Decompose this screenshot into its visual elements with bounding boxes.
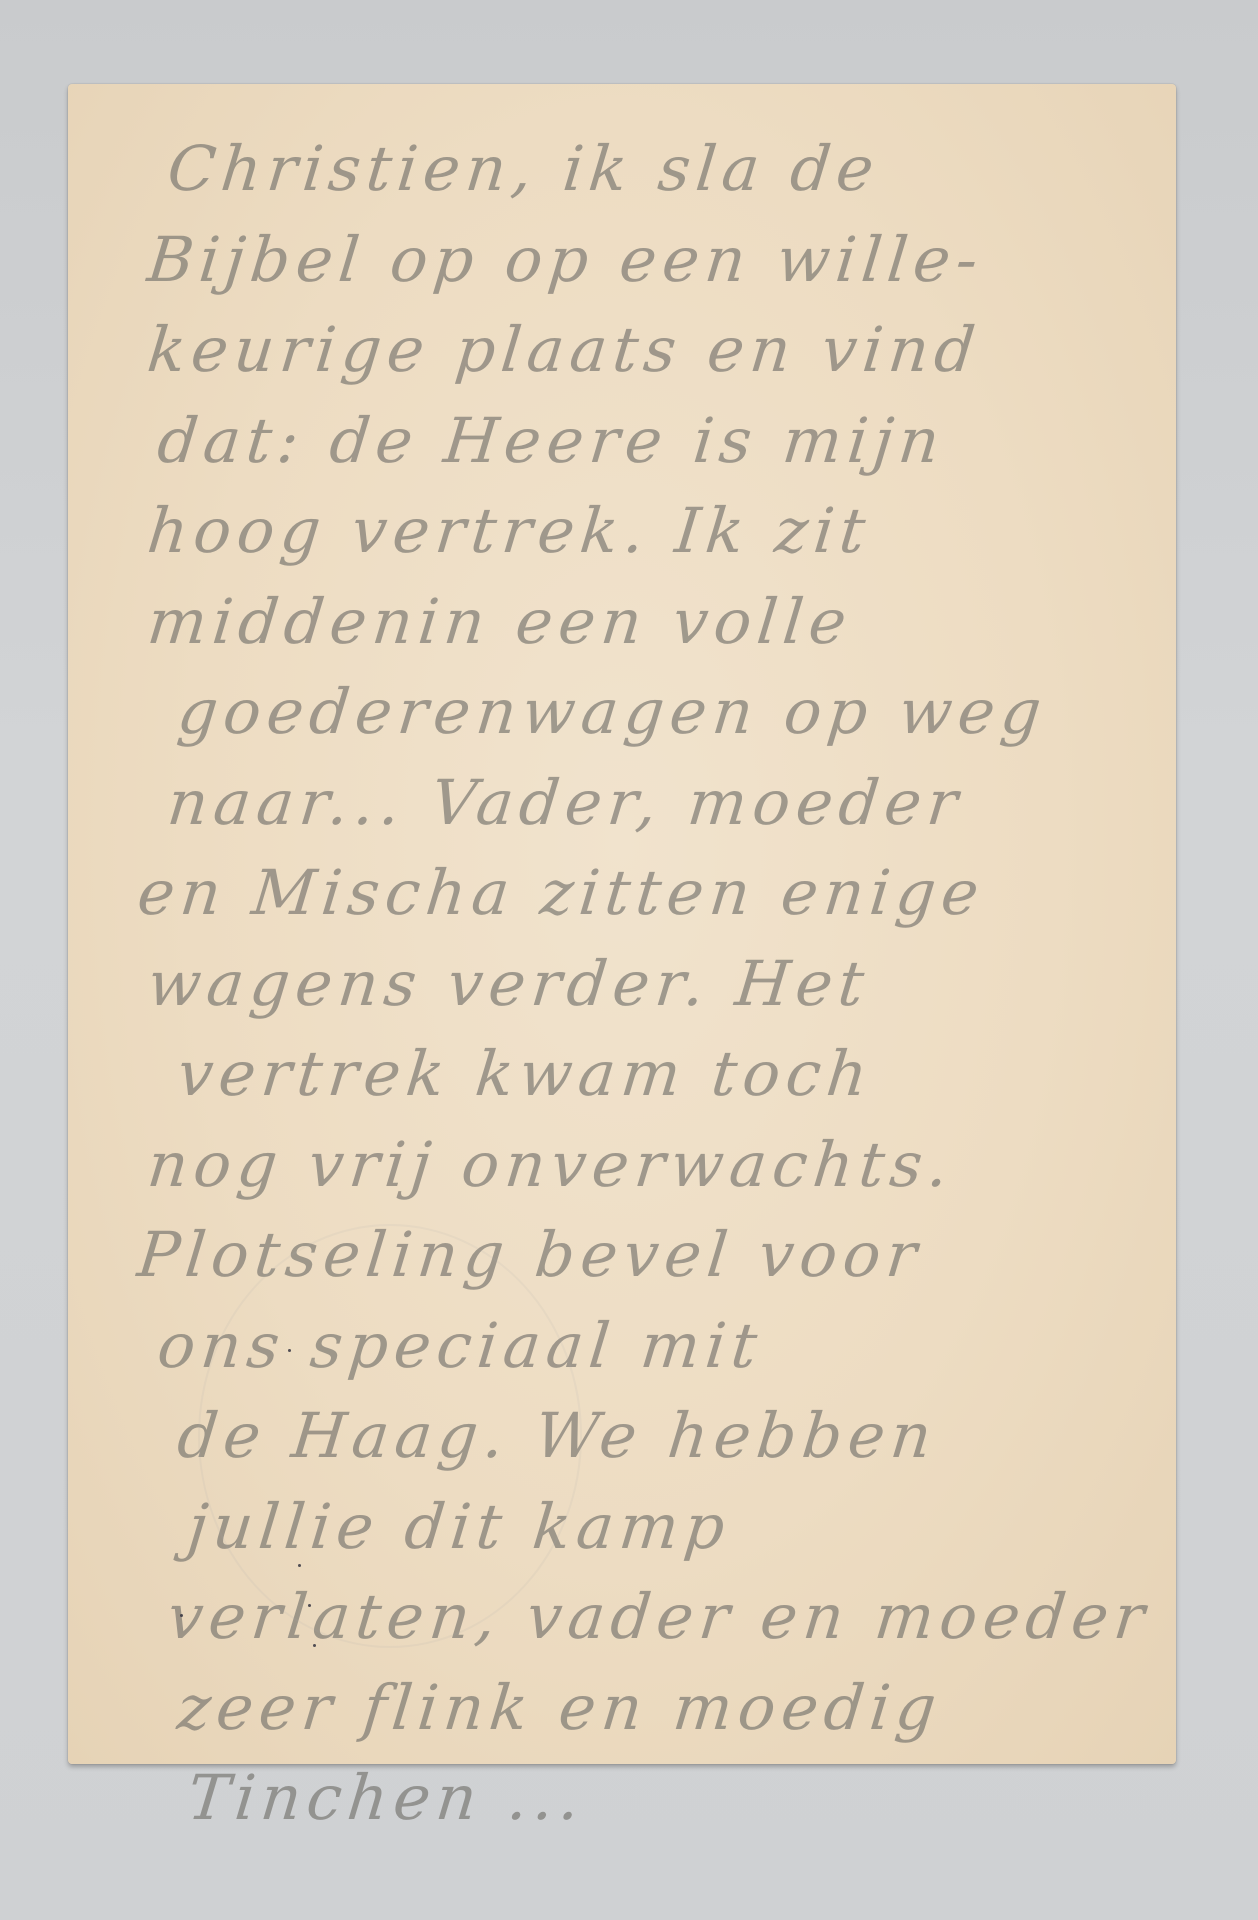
text-line: jullie dit kamp <box>133 1482 1143 1573</box>
text-line: verlaten, vader en moeder <box>133 1572 1143 1663</box>
ink-speck <box>288 1349 291 1352</box>
ink-speck <box>298 1564 301 1567</box>
text-line: hoog vertrek. Ik zit <box>133 486 1143 577</box>
text-line: Plotseling bevel voor <box>133 1210 1143 1301</box>
text-line: keurige plaats en vind <box>133 305 1143 396</box>
text-line: nog vrij onverwachts. <box>133 1120 1143 1211</box>
postcard: Christien, ik sla de Bijbel op op een wi… <box>68 84 1176 1764</box>
text-line: Tinchen ... <box>133 1753 1143 1844</box>
ink-speck <box>180 1614 183 1617</box>
handwritten-text: Christien, ik sla de Bijbel op op een wi… <box>138 124 1138 1844</box>
text-line: Bijbel op op een wille- <box>133 215 1143 306</box>
text-line: de Haag. We hebben <box>133 1391 1143 1482</box>
text-line: vertrek kwam toch <box>133 1029 1143 1120</box>
text-line: en Mischa zitten enige <box>133 848 1143 939</box>
text-line: dat: de Heere is mijn <box>133 396 1143 487</box>
text-line: Christien, ik sla de <box>133 124 1143 215</box>
text-line: zeer flink en moedig <box>133 1663 1143 1754</box>
ink-speck <box>313 1644 316 1647</box>
text-line: middenin een volle <box>133 577 1143 668</box>
text-line: naar... Vader, moeder <box>133 758 1143 849</box>
text-line: wagens verder. Het <box>133 939 1143 1030</box>
text-line: goederenwagen op weg <box>133 667 1143 758</box>
ink-speck <box>308 1604 311 1607</box>
text-line: ons speciaal mit <box>133 1301 1143 1392</box>
